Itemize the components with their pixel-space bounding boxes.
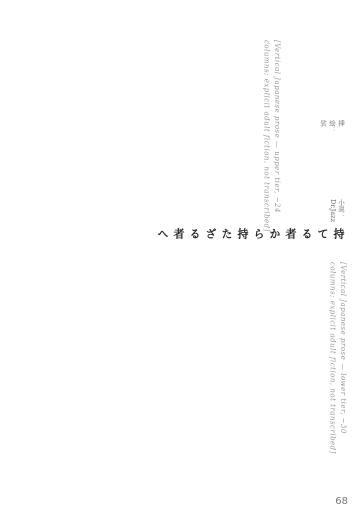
- lower-text-tier: [Vertical Japanese prose — lower tier, ~…: [12, 262, 348, 467]
- page-number: 68: [335, 496, 348, 507]
- upper-body-text: [Vertical Japanese prose — upper tier, ~…: [263, 40, 282, 232]
- lower-body-text: [Vertical Japanese prose — lower tier, ~…: [329, 262, 348, 454]
- upper-text-tier: [Vertical Japanese prose — upper tier, ~…: [12, 40, 282, 240]
